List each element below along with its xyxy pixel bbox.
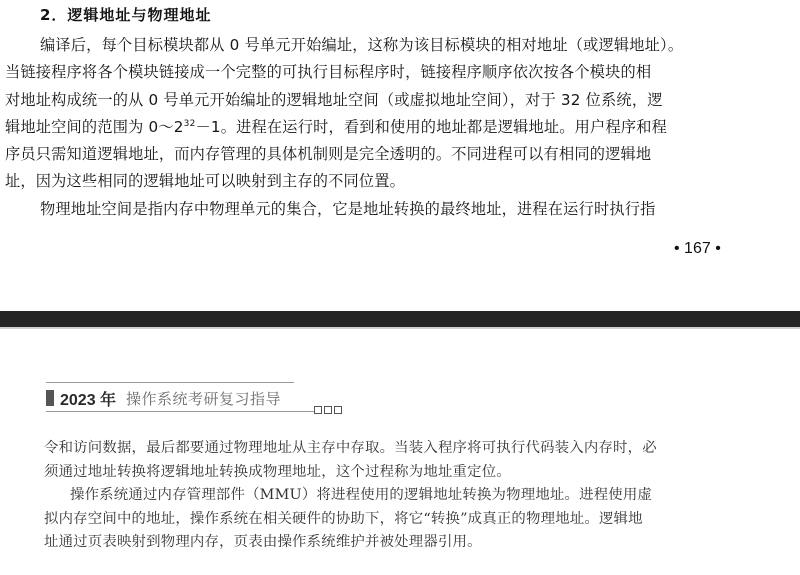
text-line: 操作系统通过内存管理部件（MMU）将进程使用的逻辑地址转换为物理地址。进程使用虚 — [44, 484, 784, 508]
text-line: 址通过页表映射到物理内存，页表由操作系统维护并被处理器引用。 — [44, 531, 784, 555]
top-paragraphs: 编译后，每个目标模块都从 0 号单元开始编址，这称为该目标模块的相对地址（或逻辑… — [5, 32, 760, 223]
exponent: 32 — [184, 119, 196, 129]
running-header: 2023 年 操作系统考研复习指导 — [46, 382, 294, 412]
text-line: 拟内存空间中的地址，操作系统在相关硬件的协助下，将它“转换”成真正的物理地址。逻… — [44, 508, 784, 532]
page-number: • 167 • — [674, 240, 721, 258]
text-line-range: 辑地址空间的范围为 0～232－1。进程在运行时，看到和使用的地址都是逻辑地址。… — [5, 114, 760, 141]
text-line: 对地址构成统一的从 0 号单元开始编址的逻辑地址空间（或虚拟地址空间），对于 3… — [5, 87, 760, 114]
section-heading: 2．逻辑地址与物理地址 — [40, 4, 211, 25]
range-rest: －1。进程在运行时，看到和使用的地址都是逻辑地址。用户程序和程 — [196, 118, 668, 136]
text-line: 当链接程序将各个模块链接成一个完整的可执行目标程序时，链接程序顺序依次按各个模块… — [5, 59, 760, 86]
text-line: 须通过地址转换将逻辑地址转换成物理地址，这个过程称为地址重定位。 — [44, 461, 784, 485]
header-squares-icon — [314, 406, 342, 414]
text-line: 序员只需知道逻辑地址，而内存管理的具体机制则是完全透明的。不同进程可以有相同的逻… — [5, 141, 760, 168]
header-rule — [294, 411, 314, 412]
text-line: 编译后，每个目标模块都从 0 号单元开始编址，这称为该目标模块的相对地址（或逻辑… — [5, 32, 760, 59]
top-page: 2．逻辑地址与物理地址 编译后，每个目标模块都从 0 号单元开始编址，这称为该目… — [0, 0, 800, 311]
range-text: 辑地址空间的范围为 0～2 — [5, 118, 184, 136]
bottom-paragraphs: 令和访问数据，最后都要通过物理地址从主存中存取。当装入程序将可执行代码装入内存时… — [44, 437, 784, 555]
text-line: 物理地址空间是指内存中物理单元的集合，它是地址转换的最终地址，进程在运行时执行指 — [5, 196, 760, 223]
page-divider — [0, 311, 800, 327]
header-marker-icon — [46, 390, 54, 406]
bottom-page: 2023 年 操作系统考研复习指导 令和访问数据，最后都要通过物理地址从主存中存… — [0, 329, 800, 575]
text-line: 址，因为这些相同的逻辑地址可以映射到主存的不同位置。 — [5, 168, 760, 195]
header-title: 操作系统考研复习指导 — [126, 388, 281, 409]
text-line: 令和访问数据，最后都要通过物理地址从主存中存取。当装入程序将可执行代码装入内存时… — [44, 437, 784, 461]
header-year: 2023 年 — [60, 387, 116, 410]
